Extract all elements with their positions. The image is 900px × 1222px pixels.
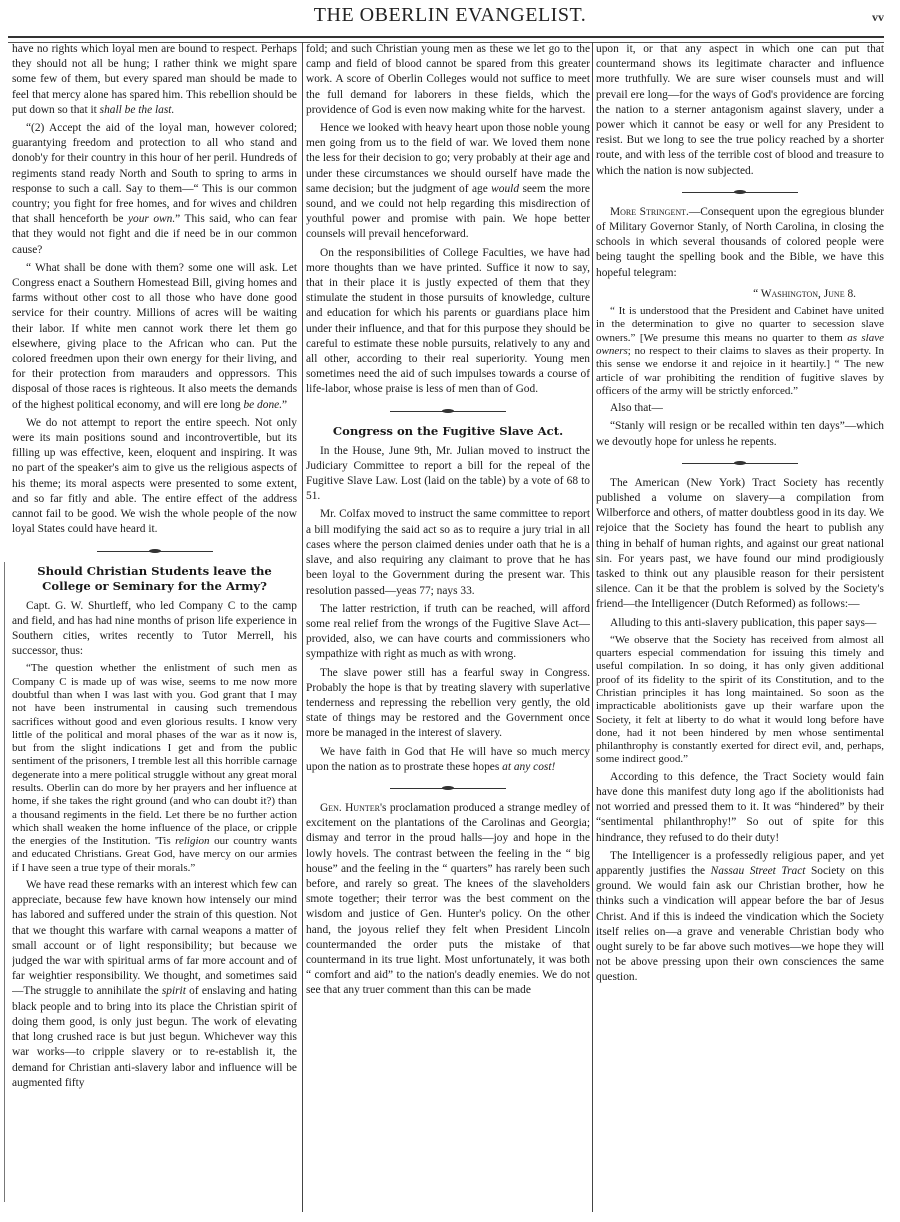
text: Society on this ground. We would fain as… bbox=[596, 865, 884, 983]
paragraph: On the responsibilities of College Facul… bbox=[306, 246, 590, 398]
section-separator-ornament bbox=[682, 187, 798, 197]
paragraph: We have read these remarks with an inter… bbox=[12, 878, 297, 1091]
paragraph: fold; and such Christian young men as th… bbox=[306, 42, 590, 118]
italic-text: religion bbox=[175, 835, 209, 847]
text: Should Christian Students leave the Coll… bbox=[37, 564, 272, 593]
lead-in-small-caps: Gen. Hunter bbox=[320, 802, 380, 814]
text: Mr. Colfax moved to instruct the same co… bbox=[306, 508, 590, 596]
section-separator-ornament bbox=[390, 406, 506, 416]
page-mark: vv bbox=[872, 10, 884, 25]
text: of enslaving and hating black people and… bbox=[12, 985, 297, 1088]
left-margin-rule bbox=[4, 562, 5, 1202]
text: “ What shall be done with them? some one… bbox=[12, 262, 297, 411]
paragraph: Hence we looked with heavy heart upon th… bbox=[306, 121, 590, 243]
italic-text: be done. bbox=[243, 399, 282, 411]
paragraph: The American (New York) Tract Society ha… bbox=[596, 476, 884, 613]
block-quote: “The question whether the enlistment of … bbox=[12, 662, 297, 875]
paragraph: have no rights which loyal men are bound… bbox=[12, 42, 297, 118]
text: The latter restriction, if truth can be … bbox=[306, 603, 590, 661]
italic-text: would bbox=[491, 183, 519, 195]
paragraph: Alluding to this anti-slavery publicatio… bbox=[596, 616, 884, 631]
paragraph: We do not attempt to report the entire s… bbox=[12, 416, 297, 538]
paragraph: Gen. Hunter's proclamation produced a st… bbox=[306, 801, 590, 999]
text: “(2) Accept the aid of the loyal man, ho… bbox=[12, 122, 297, 225]
block-quote: “ It is understood that the President an… bbox=[596, 305, 884, 398]
masthead: THE OBERLIN EVANGELIST. vv bbox=[0, 0, 900, 30]
text: fold; and such Christian young men as th… bbox=[306, 43, 590, 116]
newspaper-title: THE OBERLIN EVANGELIST. bbox=[0, 4, 900, 27]
paragraph: “Stanly will resign or be recalled withi… bbox=[596, 419, 884, 449]
lead-in-small-caps: More Stringent. bbox=[610, 206, 689, 218]
text: ” bbox=[282, 399, 287, 411]
paragraph: Mr. Colfax moved to instruct the same co… bbox=[306, 507, 590, 598]
text: We do not attempt to report the entire s… bbox=[12, 417, 297, 535]
paragraph: In the House, June 9th, Mr. Julian moved… bbox=[306, 444, 590, 505]
newspaper-columns: have no rights which loyal men are bound… bbox=[0, 42, 900, 1222]
text: Also that— bbox=[610, 402, 663, 414]
paragraph: We have faith in God that He will have s… bbox=[306, 745, 590, 775]
paragraph: Capt. G. W. Shurtleff, who led Company C… bbox=[12, 599, 297, 660]
section-separator-ornament bbox=[97, 546, 213, 556]
italic-text: spirit bbox=[162, 985, 186, 997]
text: 's proclamation produced a strange medle… bbox=[306, 802, 590, 996]
section-separator-ornament bbox=[682, 458, 798, 468]
italic-text: shall be the last. bbox=[100, 104, 175, 116]
column-divider-1 bbox=[302, 42, 303, 1212]
paragraph: upon it, or that any aspect in which one… bbox=[596, 42, 884, 179]
text: “Stanly will resign or be recalled withi… bbox=[596, 420, 884, 447]
text: “ Washington, June 8. bbox=[753, 288, 856, 300]
column-divider-2 bbox=[592, 42, 593, 1212]
italic-text: Nassau Street Tract bbox=[711, 865, 806, 877]
text: upon it, or that any aspect in which one… bbox=[596, 43, 884, 177]
text: ; no respect to their claims to slaves a… bbox=[596, 345, 884, 397]
paragraph: More Stringent.—Consequent upon the egre… bbox=[596, 205, 884, 281]
text: “We observe that the Society has receive… bbox=[596, 634, 884, 766]
block-quote: “We observe that the Society has receive… bbox=[596, 634, 884, 767]
italic-text: your own. bbox=[128, 213, 175, 225]
paragraph: “ What shall be done with them? some one… bbox=[12, 261, 297, 413]
text: Capt. G. W. Shurtleff, who led Company C… bbox=[12, 600, 297, 658]
text: We have read these remarks with an inter… bbox=[12, 879, 297, 997]
column-1: have no rights which loyal men are bound… bbox=[12, 42, 297, 1217]
text: Alluding to this anti-slavery publicatio… bbox=[610, 617, 876, 629]
text: The American (New York) Tract Society ha… bbox=[596, 477, 884, 611]
text: On the responsibilities of College Facul… bbox=[306, 247, 590, 396]
paragraph: Also that— bbox=[596, 401, 884, 416]
paragraph: The Intelligencer is a professedly relig… bbox=[596, 849, 884, 986]
paragraph: According to this defence, the Tract Soc… bbox=[596, 770, 884, 846]
text: Congress on the Fugitive Slave Act. bbox=[333, 424, 563, 438]
text: In the House, June 9th, Mr. Julian moved… bbox=[306, 445, 590, 503]
dateline: “ Washington, June 8. bbox=[596, 287, 884, 302]
article-heading: Congress on the Fugitive Slave Act. bbox=[306, 424, 590, 439]
italic-text: at any cost! bbox=[502, 761, 555, 773]
paragraph: The latter restriction, if truth can be … bbox=[306, 602, 590, 663]
section-separator-ornament bbox=[390, 783, 506, 793]
text: “The question whether the enlistment of … bbox=[12, 662, 297, 847]
article-heading: Should Christian Students leave the Coll… bbox=[12, 564, 297, 594]
text: According to this defence, the Tract Soc… bbox=[596, 771, 884, 844]
column-3: upon it, or that any aspect in which one… bbox=[596, 42, 884, 1217]
paragraph: “(2) Accept the aid of the loyal man, ho… bbox=[12, 121, 297, 258]
text: “ It is understood that the President an… bbox=[596, 305, 884, 344]
paragraph: The slave power still has a fearful sway… bbox=[306, 666, 590, 742]
column-2: fold; and such Christian young men as th… bbox=[306, 42, 590, 1217]
text: The slave power still has a fearful sway… bbox=[306, 667, 590, 740]
